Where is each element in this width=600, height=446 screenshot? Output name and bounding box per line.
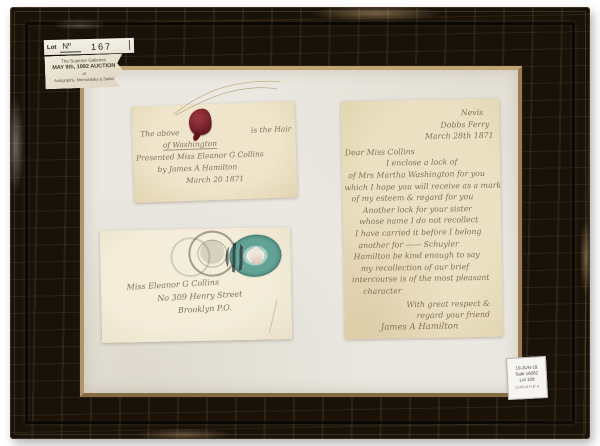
letter-line: Another lock for your sister	[343, 202, 501, 216]
postmark-icon	[188, 230, 237, 277]
letter-line: which I hope you will receive as a mark	[342, 179, 500, 193]
lot-number: 167	[81, 41, 112, 52]
letter-line: my recollection of our brief	[344, 260, 502, 274]
letter-line: of Mrs Martha Washington for you	[342, 168, 500, 182]
autograph-letter: Nevis Dobbs Ferry March 28th 1871 Dear M…	[341, 99, 503, 340]
letter-line: Nevis	[341, 107, 499, 121]
letter-line: March 28th 1871	[341, 130, 499, 144]
lot-prefix: Lot	[44, 44, 60, 50]
letter-line: Hamilton be kind enough to say	[344, 249, 502, 263]
card-line1-right: is the Hair	[251, 123, 292, 136]
address-line: Brooklyn P.O.	[102, 298, 292, 322]
auction-label-line: Autographs, Memorabilia & Select	[45, 76, 123, 84]
lot-no-symbol: Nº	[60, 41, 81, 53]
wax-seal	[188, 107, 214, 136]
card-line1-left: The above	[140, 127, 180, 140]
auction-label-line: The Superior Galleries	[45, 57, 123, 65]
letter-line: character	[344, 284, 502, 298]
auction-label-line: MAY 9th, 1992 AUCTION	[45, 63, 123, 72]
address-line: No 309 Henry Street	[101, 285, 291, 309]
letter-line: regard your friend	[345, 309, 503, 323]
hair-strand-icon	[164, 75, 285, 119]
christies-label-line: CHRISTIE'S	[508, 384, 546, 390]
letter-line: whose name I do not recollect	[343, 214, 501, 228]
postage-stamp	[227, 231, 285, 280]
hair-presentation-card: The above is the Hair of Washington Pres…	[131, 101, 297, 203]
letter-line: intercourse is of the most pleasant	[344, 272, 502, 286]
letter-line: Dobbs Ferry	[341, 118, 499, 132]
lot-number-label: Lot Nº 167	[44, 38, 134, 55]
card-line3: Presented Miss Eleanor G Collins	[133, 147, 296, 165]
card-line4: by James A Hamilton	[133, 159, 296, 177]
christies-auction-label: 19-JUN-18 Sale 16082 Lot 109 CHRISTIE'S	[506, 356, 548, 400]
letter-line: of my esteem & regard for you	[343, 191, 501, 205]
letter-line: I have carried it before I belong	[343, 226, 501, 240]
letter-line: With great respect &	[344, 297, 502, 311]
auction-house-label: The Superior Galleries MAY 9th, 1992 AUC…	[44, 54, 123, 90]
letter-signature: James A Hamilton	[345, 320, 503, 334]
auction-label-line: of	[45, 70, 123, 78]
card-line2: of Washington	[133, 135, 296, 153]
framed-display-photo: The above is the Hair of Washington Pres…	[0, 0, 600, 446]
christies-label-line: 19-JUN-18	[507, 364, 545, 372]
christies-label-line: Lot 109	[508, 376, 546, 384]
christies-label-line: Sale 16082	[508, 370, 546, 378]
card-line5: March 20 1871	[134, 171, 297, 189]
address-line: Miss Eleanor G Collins	[100, 272, 290, 296]
letter-line: Dear Miss Collins	[342, 144, 500, 158]
cancellation-bars-icon	[225, 242, 246, 273]
stamp-oval	[228, 232, 284, 279]
picture-frame: The above is the Hair of Washington Pres…	[10, 7, 590, 439]
envelope-address: Miss Eleanor G Collins No 309 Henry Stre…	[100, 272, 292, 322]
envelope: Miss Eleanor G Collins No 309 Henry Stre…	[100, 227, 292, 343]
letter-line: I enclose a lock of	[342, 156, 500, 170]
stamp-portrait-icon	[250, 246, 264, 265]
letter-line: another for —— Schuyler	[343, 237, 501, 251]
mat-board: The above is the Hair of Washington Pres…	[80, 66, 522, 397]
